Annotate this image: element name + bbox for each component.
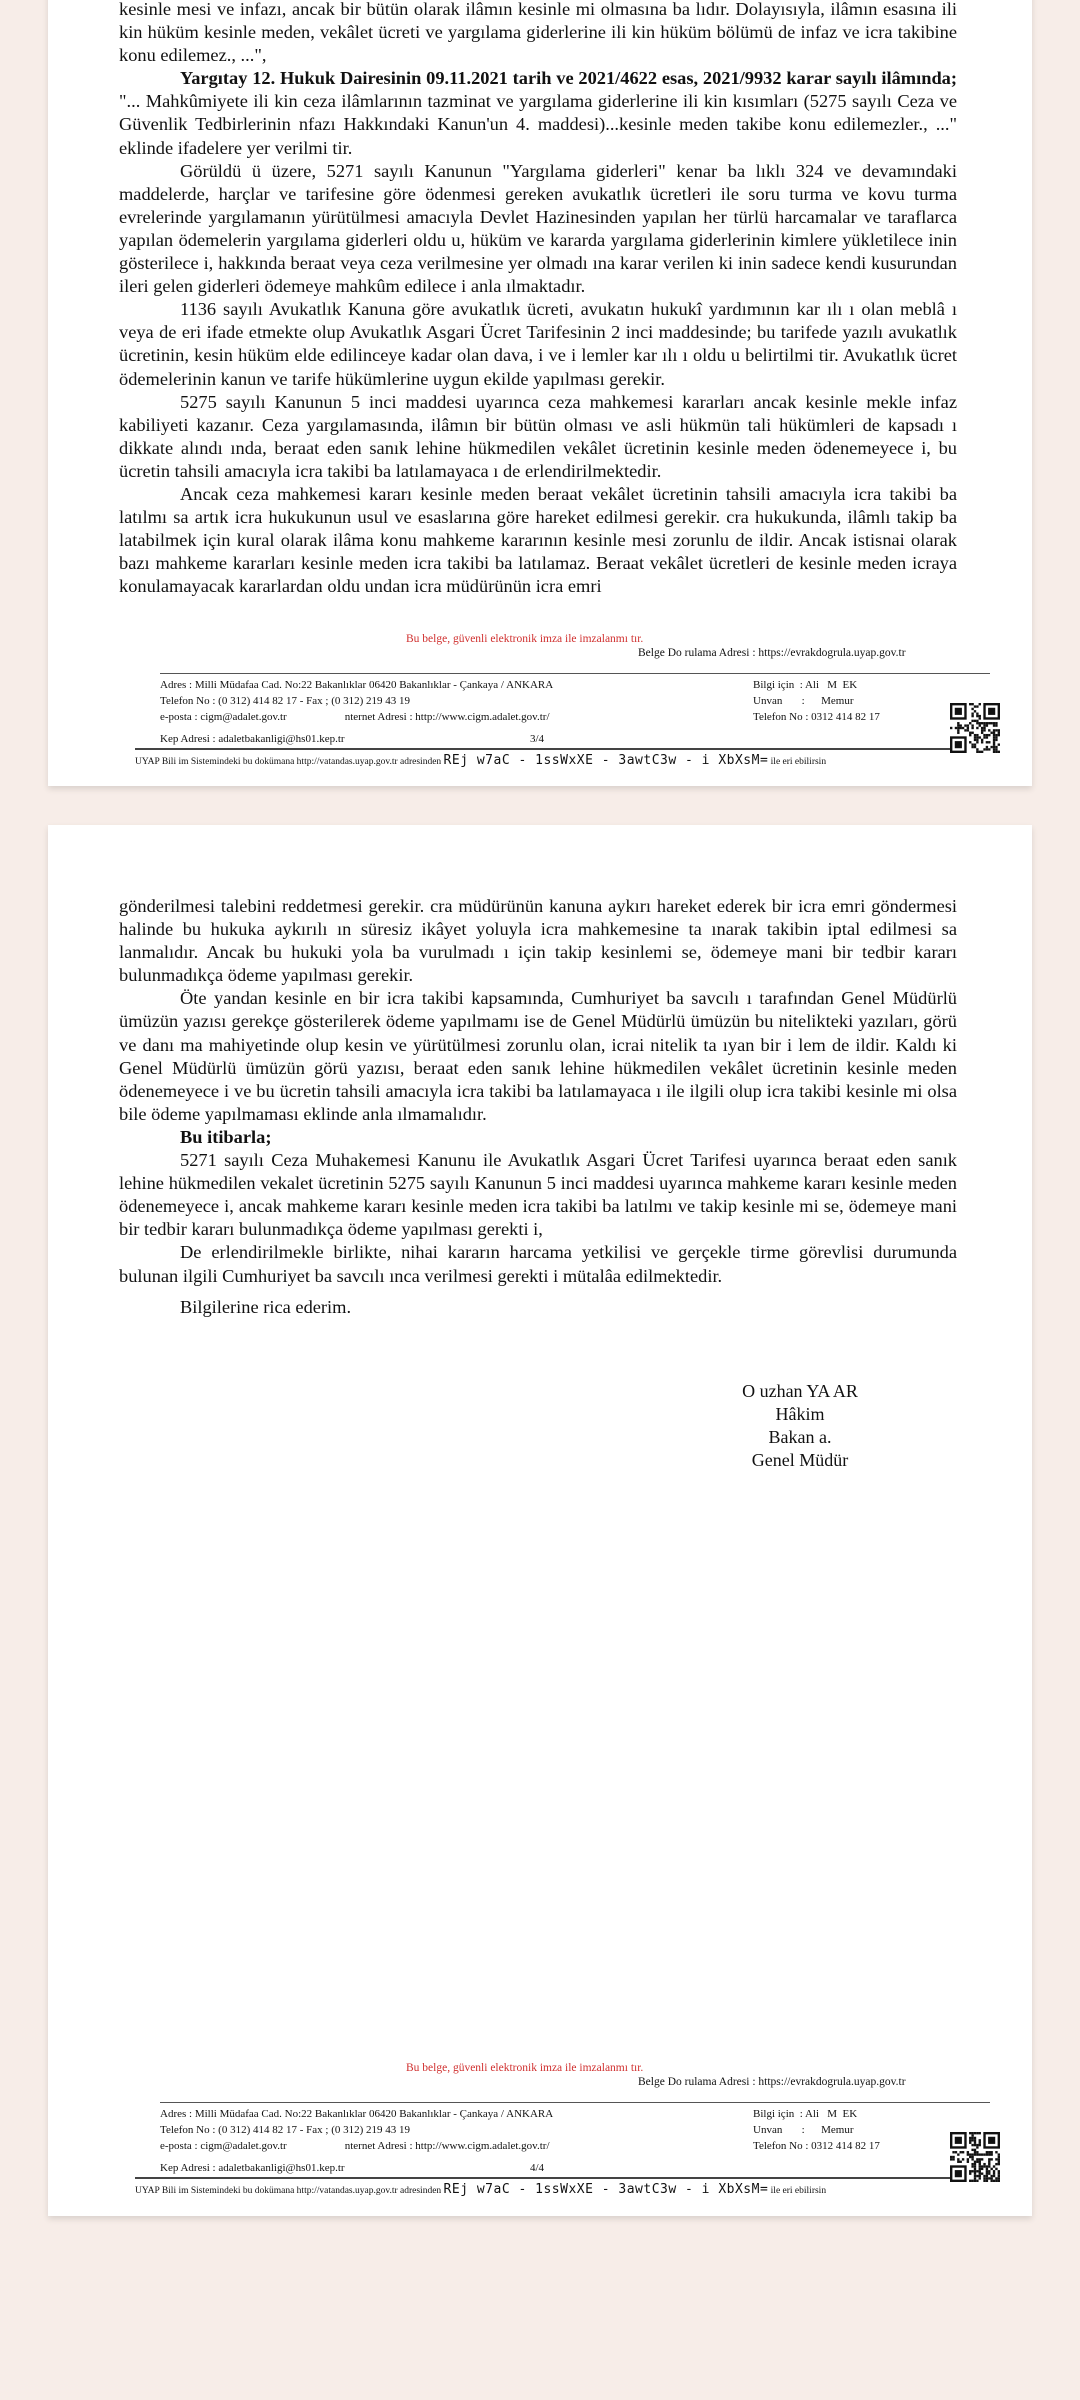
footer-rule	[135, 2177, 965, 2179]
signer-on-behalf: Bakan a.	[720, 1426, 880, 1449]
paragraph-text: Görüldü ü üzere, 5271 sayılı Kanunun "Ya…	[119, 161, 957, 296]
paragraph: 5275 sayılı Kanunun 5 inci maddesi uyarı…	[119, 391, 957, 483]
contact-info: Bilgi için : Ali M EK	[753, 2106, 880, 2122]
closing-line: Bilgilerine rica ederim.	[119, 1296, 957, 1319]
uyap-suffix: ile eri ebilirsin	[771, 2186, 826, 2196]
paragraph: De erlendirilmekle birlikte, nihai karar…	[119, 1241, 957, 1287]
document-page-4: gönderilmesi talebini reddetmesi gerekir…	[48, 825, 1032, 2216]
email: e-posta : cigm@adalet.gov.tr	[160, 711, 287, 723]
verify-address: Belge Do rulama Adresi : https://evrakdo…	[638, 647, 906, 659]
email: e-posta : cigm@adalet.gov.tr	[160, 2140, 287, 2152]
bold-lead: Yargıtay 12. Hukuk Dairesinin 09.11.2021…	[180, 68, 957, 88]
signer-name: O uzhan YA AR	[720, 1380, 880, 1403]
paragraph: Öte yandan kesinle en bir icra takibi ka…	[119, 987, 957, 1126]
qr-code-icon	[950, 2132, 1000, 2182]
internet-address: nternet Adresi : http://www.cigm.adalet.…	[345, 2140, 550, 2152]
signer-title: Hâkim	[720, 1403, 880, 1426]
uyap-access-line: UYAP Bili im Sistemindeki bu dokümana ht…	[135, 2182, 826, 2197]
address: Adres : Milli Müdafaa Cad. No:22 Bakanlı…	[160, 2106, 553, 2122]
footer-divider	[160, 673, 990, 674]
internet-address: nternet Adresi : http://www.cigm.adalet.…	[345, 711, 550, 723]
kep-address: Kep Adresi : adaletbakanligi@hs01.kep.tr	[160, 733, 345, 745]
phone-fax: Telefon No : (0 312) 414 82 17 - Fax ; (…	[160, 693, 553, 709]
contact-phone: Telefon No : 0312 414 82 17	[753, 709, 880, 725]
signer-position: Genel Müdür	[720, 1449, 880, 1472]
paragraph: Görüldü ü üzere, 5271 sayılı Kanunun "Ya…	[119, 160, 957, 299]
verify-address: Belge Do rulama Adresi : https://evrakdo…	[638, 2076, 906, 2088]
esign-notice: Bu belge, güvenli elektronik imza ile im…	[406, 633, 643, 645]
paragraph: kesinle mesi ve infazı, ancak bir bütün …	[119, 0, 957, 67]
uyap-prefix: UYAP Bili im Sistemindeki bu dokümana ht…	[135, 757, 441, 767]
footer-address-block: Adres : Milli Müdafaa Cad. No:22 Bakanlı…	[160, 2106, 553, 2154]
uyap-prefix: UYAP Bili im Sistemindeki bu dokümana ht…	[135, 2186, 441, 2196]
paragraph-text: 5271 sayılı Ceza Muhakemesi Kanunu ile A…	[119, 1150, 957, 1239]
footer-address-block: Adres : Milli Müdafaa Cad. No:22 Bakanlı…	[160, 677, 553, 725]
paragraph-text: "... Mahkûmiyete ili kin ceza ilâmlarını…	[119, 91, 957, 157]
page-footer: Bu belge, güvenli elektronik imza ile im…	[48, 2062, 1032, 2222]
signature-block: O uzhan YA AR Hâkim Bakan a. Genel Müdür	[720, 1380, 880, 1472]
paragraph: Yargıtay 12. Hukuk Dairesinin 09.11.2021…	[119, 67, 957, 159]
uyap-code: REj w7aC - 1ssWxXE - 3awtC3w - i XbXsM=	[444, 2182, 769, 2197]
paragraph-text: kesinle mesi ve infazı, ancak bir bütün …	[119, 0, 957, 65]
contact-title: Unvan : Memur	[753, 693, 880, 709]
footer-contact-block: Bilgi için : Ali M EK Unvan : Memur Tele…	[753, 677, 880, 725]
paragraph-text: De erlendirilmekle birlikte, nihai karar…	[119, 1242, 957, 1285]
qr-code-icon	[950, 703, 1000, 753]
uyap-access-line: UYAP Bili im Sistemindeki bu dokümana ht…	[135, 753, 826, 768]
kep-address: Kep Adresi : adaletbakanligi@hs01.kep.tr	[160, 2162, 345, 2174]
paragraph: 5271 sayılı Ceza Muhakemesi Kanunu ile A…	[119, 1149, 957, 1241]
uyap-suffix: ile eri ebilirsin	[771, 757, 826, 767]
page-number: 4/4	[530, 2162, 544, 2174]
paragraph: Bu itibarla;	[119, 1126, 957, 1149]
bold-lead: Bu itibarla;	[180, 1127, 271, 1147]
page-body: kesinle mesi ve infazı, ancak bir bütün …	[119, 0, 957, 598]
footer-rule	[135, 748, 965, 750]
paragraph-text: gönderilmesi talebini reddetmesi gerekir…	[119, 896, 957, 985]
paragraph-text: Öte yandan kesinle en bir icra takibi ka…	[119, 988, 957, 1123]
paragraph-text: 5275 sayılı Kanunun 5 inci maddesi uyarı…	[119, 392, 957, 481]
paragraph: Ancak ceza mahkemesi kararı kesinle mede…	[119, 483, 957, 598]
uyap-code: REj w7aC - 1ssWxXE - 3awtC3w - i XbXsM=	[444, 753, 769, 768]
footer-contact-block: Bilgi için : Ali M EK Unvan : Memur Tele…	[753, 2106, 880, 2154]
footer-divider	[160, 2102, 990, 2103]
page-body: gönderilmesi talebini reddetmesi gerekir…	[119, 895, 957, 1319]
phone-fax: Telefon No : (0 312) 414 82 17 - Fax ; (…	[160, 2122, 553, 2138]
paragraph: 1136 sayılı Avukatlık Kanuna göre avukat…	[119, 298, 957, 390]
contact-title: Unvan : Memur	[753, 2122, 880, 2138]
page-footer: Bu belge, güvenli elektronik imza ile im…	[48, 633, 1032, 793]
contact-phone: Telefon No : 0312 414 82 17	[753, 2138, 880, 2154]
paragraph: gönderilmesi talebini reddetmesi gerekir…	[119, 895, 957, 987]
esign-notice: Bu belge, güvenli elektronik imza ile im…	[406, 2062, 643, 2074]
paragraph-text: Ancak ceza mahkemesi kararı kesinle mede…	[119, 484, 957, 596]
page-number: 3/4	[530, 733, 544, 745]
paragraph-text: 1136 sayılı Avukatlık Kanuna göre avukat…	[119, 299, 957, 388]
document-page-3: kesinle mesi ve infazı, ancak bir bütün …	[48, 0, 1032, 786]
address: Adres : Milli Müdafaa Cad. No:22 Bakanlı…	[160, 677, 553, 693]
contact-info: Bilgi için : Ali M EK	[753, 677, 880, 693]
